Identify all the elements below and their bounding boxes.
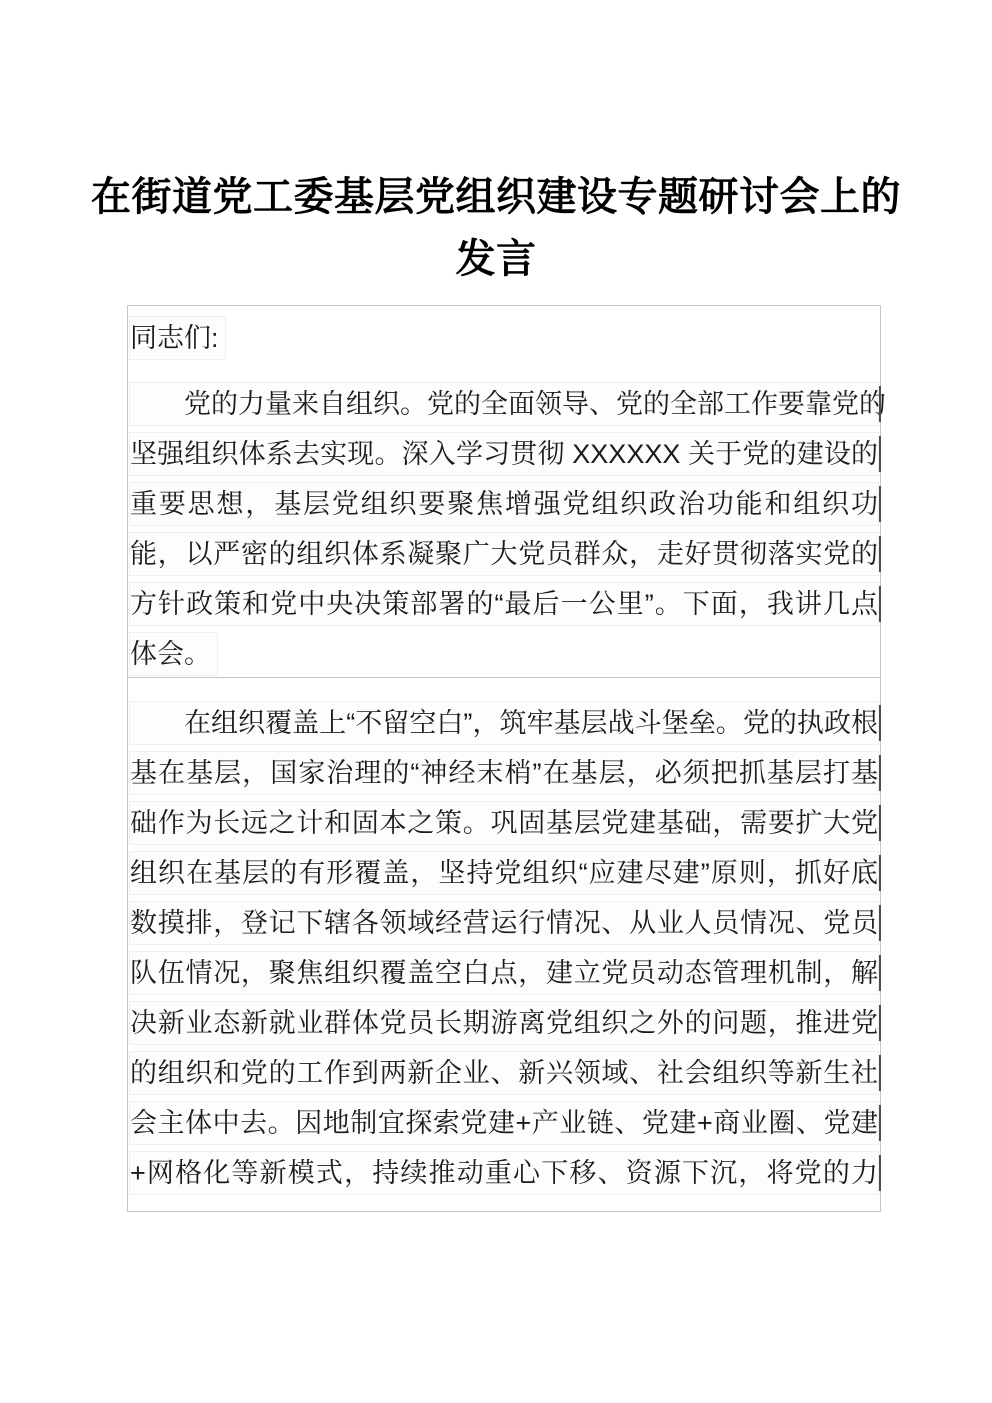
paragraph2-line-5-text: 数摸排，登记下辖各领域经营运行情况、从业人员情况、党员 <box>129 901 879 945</box>
paragraph2-line-2: 基在基层，国家治理的“神经末梢”在基层，必须把抓基层打基 <box>128 748 880 798</box>
paragraph2-line-6-text: 队伍情况，聚焦组织覆盖空白点，建立党员动态管理机制，解 <box>129 951 879 995</box>
paragraph2-line-10: +网格化等新模式，持续推动重心下移、资源下沉，将党的力 <box>128 1148 880 1198</box>
document-page: 在街道党工委基层党组织建设专题研讨会上的发言 同志们: 党的力量来自组织。党的全… <box>0 0 992 1403</box>
document-title: 在街道党工委基层党组织建设专题研讨会上的发言 <box>90 166 902 290</box>
paragraph2-line-1: 在组织覆盖上“不留空白”，筑牢基层战斗堡垒。党的执政根 <box>128 698 880 748</box>
paragraph1-line-2-text: 坚强组织体系去实现。深入学习贯彻 XXXXXX 关于党的建设的 <box>129 432 879 476</box>
paragraph2-line-2-text: 基在基层，国家治理的“神经末梢”在基层，必须把抓基层打基 <box>129 751 879 795</box>
paragraph2-line-8: 的组织和党的工作到两新企业、新兴领域、社会组织等新生社 <box>128 1048 880 1098</box>
paragraph2-line-9: 会主体中去。因地制宜探索党建+产业链、党建+商业圈、党建 <box>128 1098 880 1148</box>
paragraph2-line-1-text: 在组织覆盖上“不留空白”，筑牢基层战斗堡垒。党的执政根 <box>129 701 879 745</box>
paragraph1-line-6: 体会。 <box>128 629 880 679</box>
paragraph2-line-3-text: 础作为长远之计和固本之策。巩固基层党建基础，需要扩大党 <box>129 801 879 845</box>
paragraph2-line-6: 队伍情况，聚焦组织覆盖空白点，建立党员动态管理机制，解 <box>128 948 880 998</box>
paragraph1-line-4: 能，以严密的组织体系凝聚广大党员群众，走好贯彻落实党的 <box>128 529 880 579</box>
paragraph2-line-4: 组织在基层的有形覆盖，坚持党组织“应建尽建”原则，抓好底 <box>128 848 880 898</box>
text-block-body: 在组织覆盖上“不留空白”，筑牢基层战斗堡垒。党的执政根 基在基层，国家治理的“神… <box>127 678 881 1212</box>
paragraph1-line-3: 重要思想，基层党组织要聚焦增强党组织政治功能和组织功 <box>128 479 880 529</box>
paragraph2-line-8-text: 的组织和党的工作到两新企业、新兴领域、社会组织等新生社 <box>129 1051 879 1095</box>
paragraph1-line-1-text: 党的力量来自组织。党的全面领导、党的全部工作要靠党的 <box>129 382 879 426</box>
paragraph1-line-3-text: 重要思想，基层党组织要聚焦增强党组织政治功能和组织功 <box>129 482 879 526</box>
paragraph1-line-2: 坚强组织体系去实现。深入学习贯彻 XXXXXX 关于党的建设的 <box>128 429 880 479</box>
greeting-text: 同志们: <box>129 316 226 360</box>
paragraph1-line-4-text: 能，以严密的组织体系凝聚广大党员群众，走好贯彻落实党的 <box>129 532 879 576</box>
paragraph1-line-6-text: 体会。 <box>129 632 218 676</box>
paragraph2-line-4-text: 组织在基层的有形覆盖，坚持党组织“应建尽建”原则，抓好底 <box>129 851 879 895</box>
greeting-line: 同志们: <box>128 313 880 363</box>
paragraph2-line-10-text: +网格化等新模式，持续推动重心下移、资源下沉，将党的力 <box>129 1151 879 1195</box>
paragraph2-line-7: 决新业态新就业群体党员长期游离党组织之外的问题，推进党 <box>128 998 880 1048</box>
text-block-opening: 同志们: 党的力量来自组织。党的全面领导、党的全部工作要靠党的 坚强组织体系去实… <box>127 305 881 678</box>
paragraph2-line-5: 数摸排，登记下辖各领域经营运行情况、从业人员情况、党员 <box>128 898 880 948</box>
paragraph1-line-1: 党的力量来自组织。党的全面领导、党的全部工作要靠党的 <box>128 379 880 429</box>
paragraph2-line-7-text: 决新业态新就业群体党员长期游离党组织之外的问题，推进党 <box>129 1001 879 1045</box>
paragraph1-line-5: 方针政策和党中央决策部署的“最后一公里”。下面，我讲几点 <box>128 579 880 629</box>
paragraph2-line-3: 础作为长远之计和固本之策。巩固基层党建基础，需要扩大党 <box>128 798 880 848</box>
paragraph2-line-9-text: 会主体中去。因地制宜探索党建+产业链、党建+商业圈、党建 <box>129 1101 879 1145</box>
paragraph1-line-5-text: 方针政策和党中央决策部署的“最后一公里”。下面，我讲几点 <box>129 582 879 626</box>
